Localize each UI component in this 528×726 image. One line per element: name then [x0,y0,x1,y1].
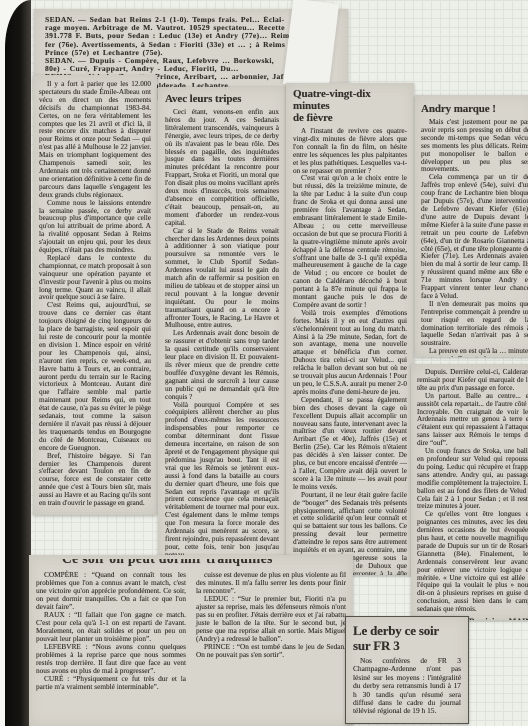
paragraph: Car si le Stade de Reims venait chercher… [165,228,279,331]
paragraph: Mais c'est justement pour ne pas avoir r… [421,119,528,174]
section-heading: Avec leurs tripes [165,93,279,105]
book-spine-shadow [5,0,31,726]
paragraph: Un coup francs de Sroka, une balle en pr… [417,448,528,511]
section-body: Dupuis. Derrière celui-ci, Calderaro rem… [417,369,528,614]
interview-quote: RAUX : “Il fallait que l'on gagne ce mat… [36,611,186,643]
cut-headline: Ce soir on peut dormir tranquilles [62,559,346,569]
paragraph: Replacé dans le contexte du championnat,… [39,255,151,302]
interview-quote: CURÉ : “Physiquement ce fut très dur et … [36,675,186,691]
interview-quote: cuisse est devenue de plus en plus viole… [196,571,346,595]
article-column-andry-marque-top: Andry marque ! Mais c'est justement pour… [415,95,528,357]
section-body: A l'instant de revivre ces quatre-vingt-… [293,128,407,575]
tv-broadcast-box: Le derby ce soir sur FR 3 Nos confrères … [345,616,469,724]
paragraph: Voilà pourquoi Compère et ses coéquipier… [165,402,279,560]
paragraph: Ce qu'elles vont être longues et poignan… [417,511,528,614]
article-column-avec-leurs-tripes: Avec leurs tripes Ceci étant, venons-en … [158,87,286,567]
paragraph: La preuve en est qu'à la … minute, un ce… [421,348,528,357]
interviews-right-column: cuisse est devenue de plus en plus viole… [196,571,346,691]
paragraph: Il n'en demeurait pas moins que l'entrep… [421,301,528,348]
article-column-90-minutes: Quatre-vingt-dix minutes de fièvre A l'i… [286,83,414,575]
paragraph: Cela commença par un tir de Jaffrès trop… [421,174,528,301]
cut-headline-text: Ce soir on peut dormir tranquilles [62,559,346,567]
tv-box-body: Nos confrères de FR 3 Champagne-Ardenne … [353,657,461,716]
section-heading: Andry marque ! [421,103,528,115]
paragraph: Les Ardennais avait donc besoin de se ra… [165,330,279,401]
interviews-left-column: COMPÈRE : “Quand on connaît tous les pro… [36,571,186,691]
interviews-columns: COMPÈRE : “Quand on connaît tous les pro… [36,571,346,691]
paragraph: Comme nous le laissions entendre la sema… [39,200,151,255]
interview-quote: LEDUC : “Sur le premier but, Fioriti n'a… [196,595,346,643]
section-heading: Quatre-vingt-dix minutes de fièvre [293,88,407,124]
interview-quote: PRINCE : “On est tombé dans le jeu de Se… [196,643,346,659]
interviews-clip: Ce soir on peut dormir tranquilles COMPÈ… [29,555,353,726]
paragraph: Ceci étant, venons-en enfin aux héros du… [165,109,279,228]
section-body: Mais c'est justement pour ne pas avoir r… [421,119,528,357]
paragraph: Bref, l'histoire bégaye. Si l'an dernier… [39,453,151,508]
article-column-andry-marque-bottom: Dupuis. Derrière celui-ci, Calderaro rem… [411,364,528,620]
paragraph: Il y a fort à parier que les 12.000 spec… [39,81,151,200]
paragraph: C'est Reims qui, aujourd'hui, se trouve … [39,302,151,452]
paragraph: C'est vrai qu'on a le choix entre le but… [293,175,407,309]
paragraph: Voilà trois exemples d'émotions fortes. … [293,310,407,397]
tv-box-title-line1: Le derby ce soir [353,624,461,639]
interview-quote: COMPÈRE : “Quand on connaît tous les pro… [36,571,186,611]
section-body: Ceci étant, venons-en enfin aux héros du… [165,109,279,560]
interview-quote: LEFEBVRE : “Nous avons connu quelques pr… [36,643,186,675]
paragraph: Un partout. Balle au centre... et aussit… [417,393,528,448]
scanned-newspaper-page: SEDAN. — Sedan bat Reims 2-1 (1-0). Temp… [0,0,528,726]
paragraph: A l'instant de revivre ces quatre-vingt-… [293,128,407,175]
tv-box-title-line2: sur FR 3 [353,639,461,654]
paragraph: Cependant, il se passa également bien de… [293,397,407,492]
paragraph: Dupuis. Derrière celui-ci, Calderaro rem… [417,369,528,393]
article-column-intro: Il y a fort à parier que les 12.000 spec… [33,75,157,515]
